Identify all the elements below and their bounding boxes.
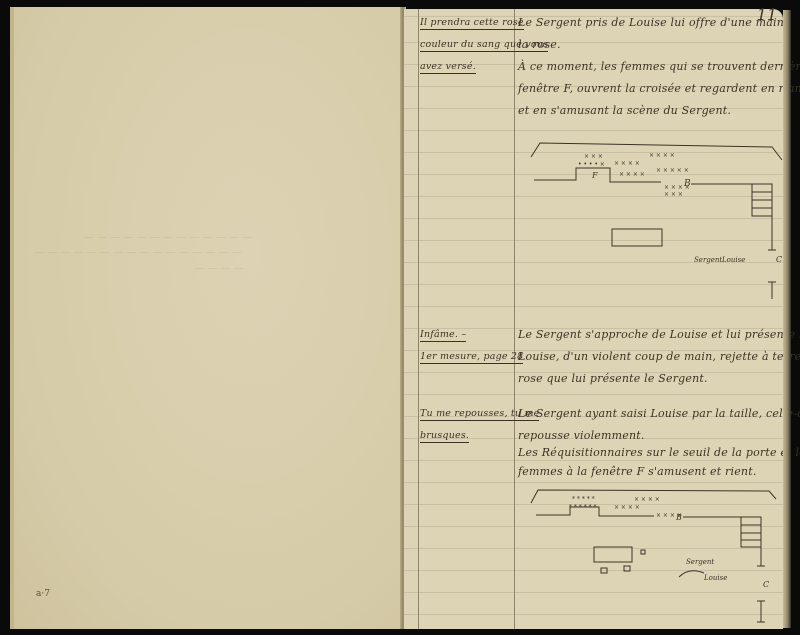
corner-mark: a·7: [36, 589, 50, 599]
page-edge: [783, 10, 791, 628]
svg-text:× × × ×: × × × ×: [614, 160, 640, 167]
door-label: B: [683, 179, 691, 189]
direction-line: À ce moment, les femmes qui se trouvent …: [518, 60, 800, 73]
svg-text:× × × ×: × × × ×: [649, 152, 675, 159]
direction-line: Le Sergent s'approche de Louise et lui p…: [518, 328, 800, 341]
door-label: B: [675, 513, 682, 522]
svg-text:× × ×: × × ×: [664, 191, 683, 198]
direction-line: Le Sergent pris de Louise lui offre d'un…: [518, 16, 784, 29]
direction-line: Louise, d'un violent coup de main, rejet…: [518, 350, 800, 363]
svg-text:× × ×: × × ×: [584, 153, 603, 160]
exit-label: C: [776, 255, 782, 264]
right-page: 11 Il prendra cette rose couleur du sang…: [404, 9, 783, 629]
direction-line: et en s'amusant la scène du Sergent.: [518, 104, 731, 117]
left-page: — — — — — — — — — — — — — — — — — — — — …: [10, 7, 406, 629]
svg-text:• • • • ×: • • • • ×: [578, 161, 605, 168]
cue-line: Infâme. –: [420, 329, 466, 340]
cue-line: avez versé.: [420, 61, 476, 72]
direction-line: Les Réquisitionnaires sur le seuil de la…: [518, 446, 800, 459]
bleed-through-text: — — — — — — — — — — — — — — — —: [34, 247, 242, 258]
cue-line: brusques.: [420, 430, 469, 441]
svg-text:* * * * * *: * * * * * *: [569, 504, 597, 511]
direction-line: Le Sergent ayant saisi Louise par la tai…: [518, 407, 800, 420]
cue-line: Il prendra cette rose: [420, 17, 524, 28]
sergeant-label: Sergent: [686, 558, 714, 566]
direction-line: femmes à la fenêtre F s'amusent et rient…: [518, 465, 757, 478]
stage-diagram-1: × × × • • • • × × × × × × × × × × × × × …: [514, 134, 784, 299]
svg-text:× × × ×: × × × ×: [634, 496, 660, 503]
direction-line: rose que lui présente le Sergent.: [518, 372, 708, 385]
column-rule-left: [418, 9, 419, 629]
direction-line: fenêtre F, ouvrent la croisée et regarde…: [518, 82, 800, 95]
svg-text:× × × ×: × × × ×: [619, 171, 645, 178]
bleed-through-text: — — — —: [194, 263, 244, 274]
direction-line: la rose.: [518, 38, 561, 51]
window-label: F: [591, 171, 598, 180]
bleed-through-text: — — — — — — — — — — — — —: [84, 232, 252, 243]
sergeant-label: Sergent: [694, 256, 722, 264]
louise-label: Louise: [703, 574, 727, 582]
louise-label: Louise: [721, 256, 745, 264]
stage-diagram-2: * * * * * * * * * * * × × × × × × × × × …: [514, 487, 784, 629]
exit-label: C: [763, 580, 769, 589]
direction-line: repousse violemment.: [518, 429, 645, 442]
cue-line: 1er mesure, page 28: [420, 351, 523, 362]
svg-text:× × × ×: × × × ×: [614, 504, 640, 511]
svg-text:* * * * *: * * * * *: [572, 496, 595, 503]
svg-text:× × × × ×: × × × × ×: [656, 167, 689, 174]
